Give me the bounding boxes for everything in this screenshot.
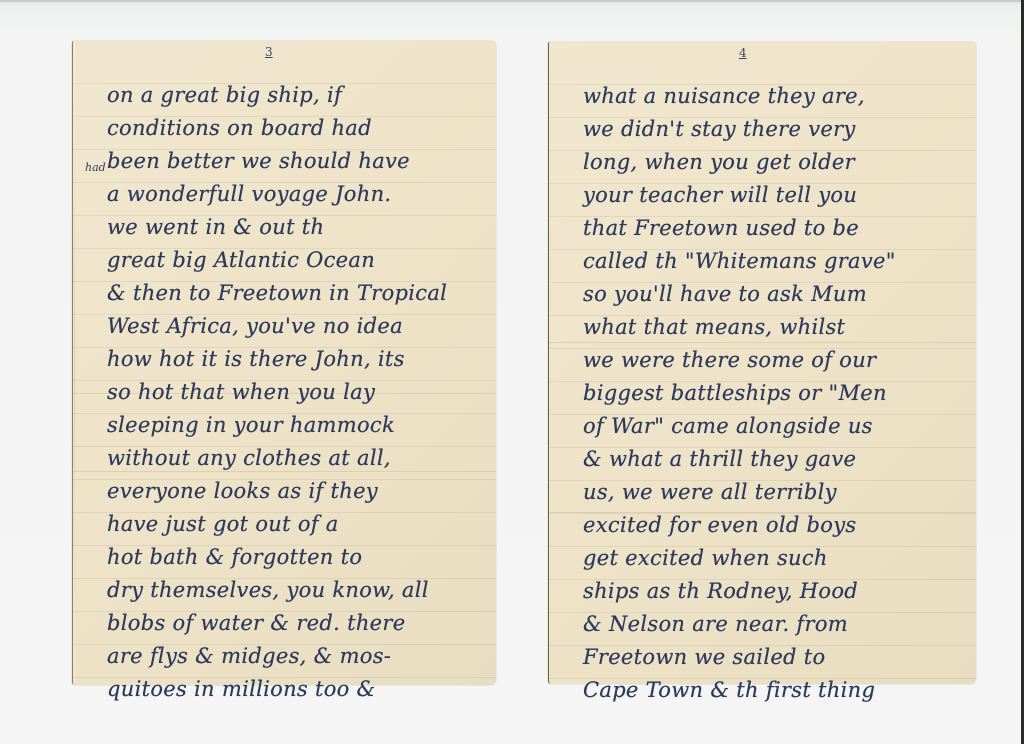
- text-line: been better we should have: [107, 145, 476, 178]
- text-line: dry themselves, you know, all: [107, 574, 476, 607]
- text-line: on a great big ship, if: [107, 79, 476, 112]
- text-line: how hot it is there John, its: [107, 343, 476, 376]
- text-line: what that means, whilst: [583, 311, 956, 344]
- text-line: & what a thrill they gave: [583, 443, 956, 476]
- page-number: 3: [265, 45, 273, 59]
- handwritten-text: what a nuisance they are, we didn't stay…: [583, 80, 956, 707]
- text-line: called th "Whitemans grave": [583, 245, 956, 278]
- text-line: conditions on board had: [107, 112, 476, 145]
- text-line: without any clothes at all,: [107, 442, 476, 475]
- text-line: & Nelson are near. from: [583, 608, 956, 641]
- text-line: we didn't stay there very: [583, 113, 956, 146]
- text-line: so you'll have to ask Mum: [583, 278, 956, 311]
- text-line: blobs of water & red. there: [107, 607, 476, 640]
- page-number: 4: [739, 46, 747, 60]
- insertion-note: had: [85, 161, 106, 174]
- text-line: of War" came alongside us: [583, 410, 956, 443]
- text-line: sleeping in your hammock: [107, 409, 476, 442]
- text-line: West Africa, you've no idea: [107, 310, 476, 343]
- text-line: excited for even old boys: [583, 509, 956, 542]
- scanner-top-edge: [0, 0, 1024, 2]
- text-line: get excited when such: [583, 542, 956, 575]
- text-line: great big Atlantic Ocean: [107, 244, 476, 277]
- text-line: ships as th Rodney, Hood: [583, 575, 956, 608]
- text-line: a wonderfull voyage John.: [107, 178, 476, 211]
- text-line: we went in & out th: [107, 211, 476, 244]
- letter-page-4: 4 what a nuisance they are, we didn't st…: [548, 42, 976, 684]
- text-line: quitoes in millions too &: [107, 673, 476, 706]
- text-line: Freetown we sailed to: [583, 641, 956, 674]
- text-line: we were there some of our: [583, 344, 956, 377]
- text-line: & then to Freetown in Tropical: [107, 277, 476, 310]
- text-line: hot bath & forgotten to: [107, 541, 476, 574]
- handwritten-text: on a great big ship, if conditions on bo…: [107, 79, 476, 706]
- text-line: Cape Town & th first thing: [583, 674, 956, 707]
- text-line: that Freetown used to be: [583, 212, 956, 245]
- text-line: biggest battleships or "Men: [583, 377, 956, 410]
- text-line: have just got out of a: [107, 508, 476, 541]
- text-line: long, when you get older: [583, 146, 956, 179]
- text-line: us, we were all terribly: [583, 476, 956, 509]
- text-line: everyone looks as if they: [107, 475, 476, 508]
- page-crease: [74, 41, 75, 685]
- letter-page-3: ​ 3 had on a great big ship, if conditio…: [72, 41, 496, 685]
- text-line: what a nuisance they are,: [583, 80, 956, 113]
- text-line: are flys & midges, & mos-: [107, 640, 476, 673]
- text-line: so hot that when you lay: [107, 376, 476, 409]
- text-line: your teacher will tell you: [583, 179, 956, 212]
